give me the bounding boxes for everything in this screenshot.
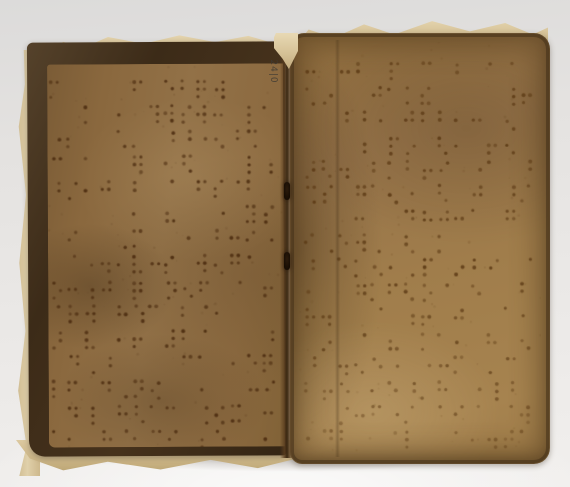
left-page-surface: 24|0: [47, 63, 285, 447]
spine-gutter: [280, 46, 294, 458]
photo-background: 24|0: [0, 0, 570, 487]
left-page: 24|0: [27, 41, 287, 456]
page-crease: [335, 40, 340, 457]
braille-dots-left: [47, 63, 285, 447]
spine-stitch-top: [284, 182, 290, 200]
spine-stitch-bottom: [284, 252, 290, 270]
handwritten-mark: 24|0: [268, 59, 278, 103]
right-page: [290, 33, 550, 464]
